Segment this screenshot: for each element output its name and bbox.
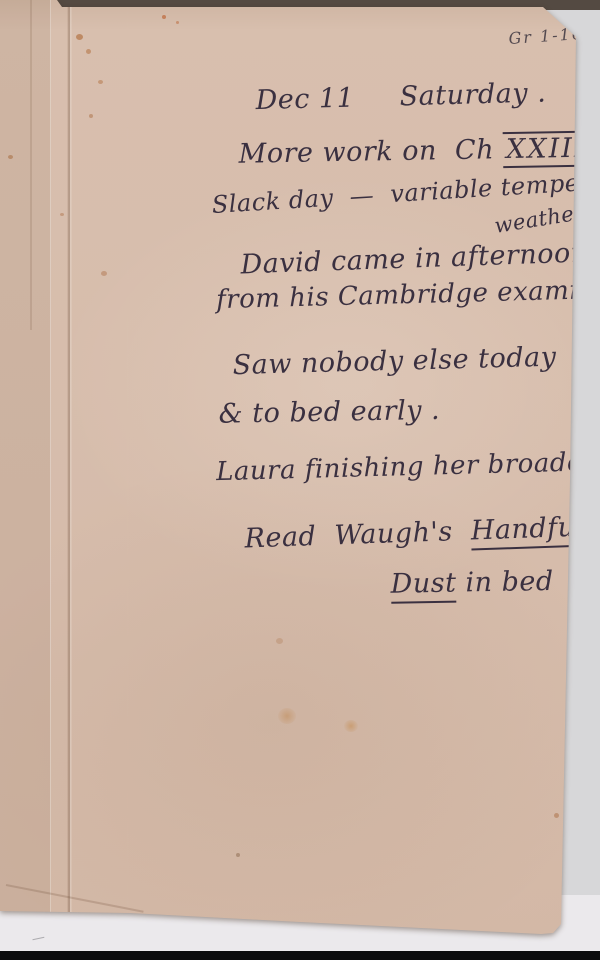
binding-shade — [0, 0, 51, 912]
line-text: Laura finishing her broadcast . — [216, 446, 600, 487]
catalog-number-text: Gr 1-1028 — [508, 22, 600, 48]
foxing-spot — [176, 21, 179, 24]
fold-crease — [67, 0, 72, 912]
foxing-spot — [276, 638, 283, 644]
line-text: . — [589, 132, 600, 163]
foxing-spot — [86, 49, 91, 54]
foxing-spot — [278, 708, 296, 724]
scanned-diary-page: Gr 1-1028 Dec 11 Saturday . More work on… — [0, 0, 600, 960]
foxing-spot — [162, 15, 166, 19]
paper-sheet: Gr 1-1028 Dec 11 Saturday . More work on… — [0, 0, 600, 960]
foxing-spot — [89, 114, 93, 118]
line-text: in bed — [456, 566, 554, 599]
foxing-spot — [60, 213, 64, 216]
foxing-spot — [98, 80, 103, 84]
paper-surface: Gr 1-1028 Dec 11 Saturday . More work on… — [0, 0, 600, 960]
book-title-underlined: Dust — [390, 567, 456, 603]
diary-line-dust-in-bed: Dust in bed — [317, 537, 554, 630]
faint-crease — [30, 0, 32, 330]
line-text: from his Cambridge examination . — [216, 273, 600, 315]
foxing-spot — [76, 34, 83, 40]
foxing-spot — [101, 271, 107, 276]
foxing-spot — [554, 813, 559, 818]
foxing-spot — [344, 720, 358, 732]
foxing-spot — [236, 853, 240, 857]
